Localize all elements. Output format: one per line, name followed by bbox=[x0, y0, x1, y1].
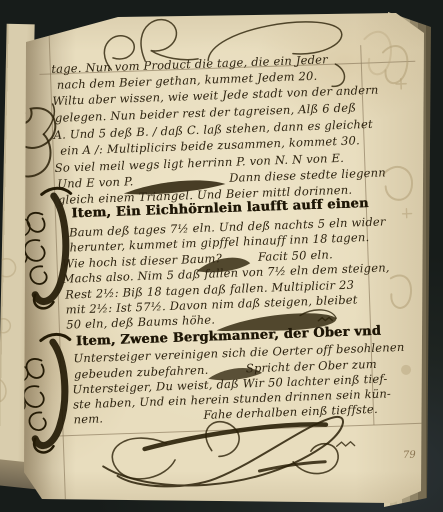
page-content: tage. Nun vom Product die tage, die ein … bbox=[0, 0, 443, 512]
manuscript-photo: tage. Nun vom Product die tage, die ein … bbox=[0, 0, 443, 512]
manuscript-line: Und E von P. bbox=[57, 174, 134, 191]
page-number: 79 bbox=[403, 450, 416, 461]
manuscript-line: Facit 50 eln. bbox=[258, 247, 333, 264]
manuscript-page: tage. Nun vom Product die tage, die ein … bbox=[0, 0, 443, 512]
manuscript-line: nem. bbox=[73, 411, 103, 426]
